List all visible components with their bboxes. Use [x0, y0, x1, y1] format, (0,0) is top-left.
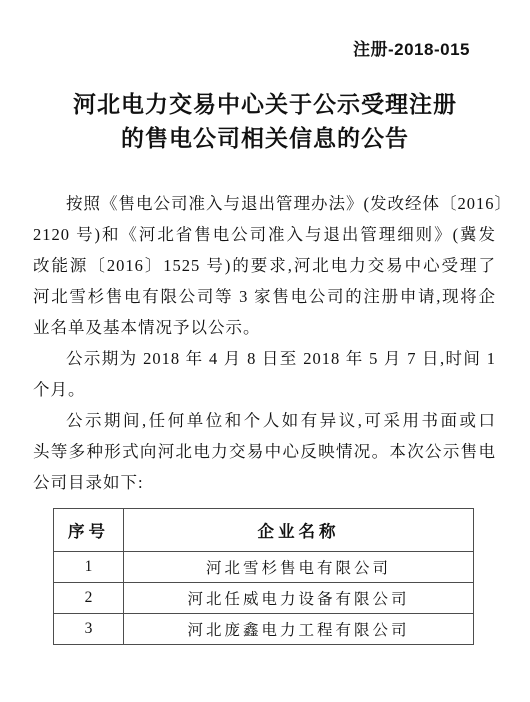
table-row: 3 河北庞鑫电力工程有限公司 [54, 614, 474, 645]
table-row: 1 河北雪杉售电有限公司 [54, 552, 474, 583]
paragraph-line: 改能源〔2016〕1525 号)的要求,河北电力交易中心受理了 [33, 250, 496, 281]
column-header-no: 序号 [54, 509, 124, 552]
doc-number: 注册-2018-015 [353, 40, 470, 60]
paragraph-3: 公示期间,任何单位和个人如有异议,可采用书面或口 头等多种形式向河北电力交易中心… [33, 405, 496, 498]
paragraph-line: 公司目录如下: [33, 467, 496, 498]
document-body: 按照《售电公司准入与退出管理办法》(发改经体〔2016〕 2120 号)和《河北… [33, 188, 496, 645]
paragraph-line: 河北雪杉售电有限公司等 3 家售电公司的注册申请,现将企 [33, 281, 496, 312]
paragraph-line: 头等多种形式向河北电力交易中心反映情况。本次公示售电 [33, 436, 496, 467]
paragraph-2: 公示期为 2018 年 4 月 8 日至 2018 年 5 月 7 日,时间 1… [33, 343, 496, 405]
title-line-1: 河北电力交易中心关于公示受理注册 [0, 88, 530, 122]
table-header-row: 序号 企业名称 [54, 509, 474, 552]
company-name: 河北庞鑫电力工程有限公司 [124, 614, 474, 645]
paragraph-line: 公示期间,任何单位和个人如有异议,可采用书面或口 [33, 405, 496, 436]
company-name: 河北雪杉售电有限公司 [124, 552, 474, 583]
paragraph-line: 业名单及基本情况予以公示。 [33, 312, 496, 343]
row-number: 3 [54, 614, 124, 645]
company-table: 序号 企业名称 1 河北雪杉售电有限公司 2 河北任威电力设备有限公司 3 河北… [53, 508, 474, 645]
table-row: 2 河北任威电力设备有限公司 [54, 583, 474, 614]
paragraph-line: 按照《售电公司准入与退出管理办法》(发改经体〔2016〕 [33, 188, 496, 219]
title-line-2: 的售电公司相关信息的公告 [0, 122, 530, 156]
document-page: 注册-2018-015 河北电力交易中心关于公示受理注册 的售电公司相关信息的公… [0, 0, 530, 702]
page-title: 河北电力交易中心关于公示受理注册 的售电公司相关信息的公告 [0, 0, 530, 156]
column-header-company-name: 企业名称 [124, 509, 474, 552]
paragraph-line: 个月。 [33, 374, 496, 405]
row-number: 1 [54, 552, 124, 583]
company-name: 河北任威电力设备有限公司 [124, 583, 474, 614]
paragraph-1: 按照《售电公司准入与退出管理办法》(发改经体〔2016〕 2120 号)和《河北… [33, 188, 496, 343]
paragraph-line: 2120 号)和《河北省售电公司准入与退出管理细则》(冀发 [33, 219, 496, 250]
paragraph-line: 公示期为 2018 年 4 月 8 日至 2018 年 5 月 7 日,时间 1 [33, 343, 496, 374]
row-number: 2 [54, 583, 124, 614]
